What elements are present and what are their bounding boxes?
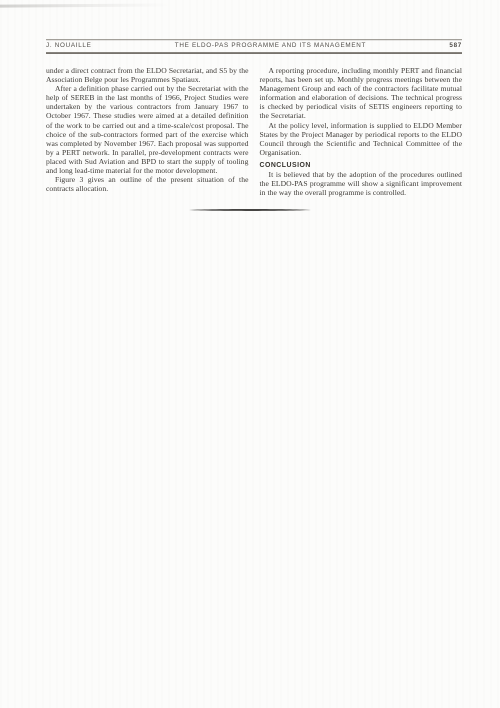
running-header: J. NOUAILLE THE ELDO-PAS PROGRAMME AND I… [46,42,462,49]
scan-smudge-artifact [0,3,170,7]
running-header-title: THE ELDO-PAS PROGRAMME AND ITS MANAGEMEN… [92,42,450,49]
paragraph: At the policy level, information is supp… [260,121,463,157]
paragraph: Figure 3 gives an outline of the present… [46,175,249,193]
ink-stroke-artifact [189,208,311,212]
left-column: under a direct contract from the ELDO Se… [46,66,249,197]
paragraph: It is believed that by the adoption of t… [260,170,463,197]
paragraph: under a direct contract from the ELDO Se… [46,66,249,84]
running-header-author: J. NOUAILLE [46,42,92,49]
conclusion-heading: CONCLUSION [260,162,463,169]
page-number: 587 [449,42,462,49]
scanned-journal-page: J. NOUAILLE THE ELDO-PAS PROGRAMME AND I… [0,0,500,708]
right-column: A reporting procedure, including monthly… [260,66,463,197]
body-text: under a direct contract from the ELDO Se… [46,66,462,197]
paragraph: After a definition phase carried out by … [46,84,249,175]
header-rule-bottom [46,52,462,54]
header-rule-top [46,39,462,40]
paragraph: A reporting procedure, including monthly… [260,66,463,121]
